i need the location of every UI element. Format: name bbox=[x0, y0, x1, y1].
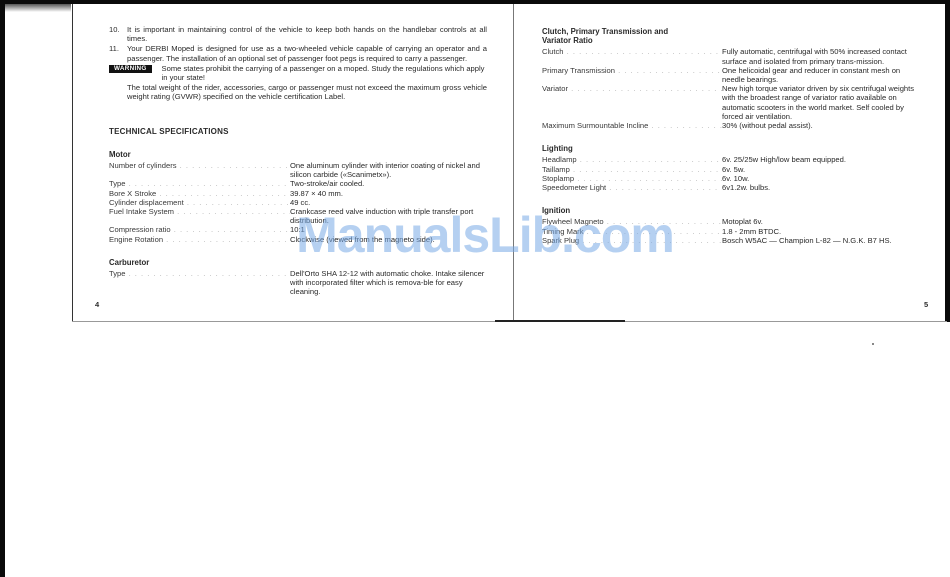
spec-label: Taillamp bbox=[542, 165, 722, 174]
spec-row: Primary TransmissionOne helicoidal gear … bbox=[542, 66, 917, 84]
page-gutter bbox=[513, 4, 514, 322]
spec-label: Primary Transmission bbox=[542, 66, 722, 84]
item-number: 10. bbox=[109, 25, 127, 43]
spec-value: 10:1 bbox=[290, 225, 487, 234]
spec-value: 30% (without pedal assist). bbox=[722, 121, 917, 130]
spec-row: Speedometer Light6v1.2w. bulbs. bbox=[542, 183, 917, 192]
scan-shadow bbox=[5, 4, 71, 12]
spec-value: One helicoidal gear and reducer in const… bbox=[722, 66, 917, 84]
spec-label: Timing Mark bbox=[542, 227, 722, 236]
warning-text: Some states prohibit the carrying of a p… bbox=[162, 64, 487, 82]
spec-row: TypeDell'Orto SHA 12-12 with automatic c… bbox=[109, 269, 487, 297]
spec-label: Type bbox=[109, 179, 290, 188]
spec-row: Engine RotationClockwise (viewed from th… bbox=[109, 235, 487, 244]
carburetor-specs: TypeDell'Orto SHA 12-12 with automatic c… bbox=[109, 269, 487, 297]
spec-row: Number of cylindersOne aluminum cylinder… bbox=[109, 161, 487, 179]
scan-speck bbox=[872, 343, 874, 345]
lighting-specs: Headlamp6v. 25/25w High/low beam equippe… bbox=[542, 155, 917, 192]
left-page: 10. It is important in maintaining contr… bbox=[109, 25, 487, 297]
spec-label: Maximum Surmountable Incline bbox=[542, 121, 722, 130]
spec-label: Speedometer Light bbox=[542, 183, 722, 192]
scan-border-top bbox=[0, 0, 950, 4]
spec-row: Maximum Surmountable Incline30% (without… bbox=[542, 121, 917, 130]
ignition-heading: Ignition bbox=[542, 206, 917, 215]
list-item: 11. Your DERBI Moped is designed for use… bbox=[109, 44, 487, 62]
clutch-heading: Clutch, Primary Transmission and Variato… bbox=[542, 27, 692, 45]
spec-label: Engine Rotation bbox=[109, 235, 290, 244]
spec-label: Clutch bbox=[542, 47, 722, 65]
scan-border-left bbox=[0, 0, 5, 577]
spec-row: Compression ratio10:1 bbox=[109, 225, 487, 234]
clutch-specs: ClutchFully automatic, centrifugal with … bbox=[542, 47, 917, 130]
spec-row: Cylinder displacement49 cc. bbox=[109, 198, 487, 207]
ignition-specs: Flywheel MagnetoMotoplat 6v. Timing Mark… bbox=[542, 217, 917, 245]
spec-label: Cylinder displacement bbox=[109, 198, 290, 207]
spec-label: Bore X Stroke bbox=[109, 189, 290, 198]
spec-value: Clockwise (viewed from the magneto side)… bbox=[290, 235, 487, 244]
spec-label: Fuel Intake System bbox=[109, 207, 290, 225]
spec-value: Bosch W5AC — Champion L-82 — N.G.K. B7 H… bbox=[722, 236, 917, 245]
item-text: It is important in maintaining control o… bbox=[127, 25, 487, 43]
item-text: Your DERBI Moped is designed for use as … bbox=[127, 44, 487, 62]
page-bottom-shadow bbox=[495, 320, 625, 322]
spec-value: 6v. 25/25w High/low beam equipped. bbox=[722, 155, 917, 164]
warning-block: WARNING Some states prohibit the carryin… bbox=[109, 64, 487, 82]
spec-row: Bore X Stroke39.87 × 40 mm. bbox=[109, 189, 487, 198]
spec-value: One aluminum cylinder with interior coat… bbox=[290, 161, 487, 179]
spec-value: Crankcase reed valve induction with trip… bbox=[290, 207, 487, 225]
weight-note: The total weight of the rider, accessori… bbox=[127, 83, 487, 101]
right-page: Clutch, Primary Transmission and Variato… bbox=[542, 27, 917, 245]
spec-label: Stoplamp bbox=[542, 174, 722, 183]
lighting-heading: Lighting bbox=[542, 144, 917, 153]
motor-heading: Motor bbox=[109, 150, 487, 159]
spec-value: 49 cc. bbox=[290, 198, 487, 207]
spec-value: 6v. 5w. bbox=[722, 165, 917, 174]
page-number-left: 4 bbox=[95, 300, 99, 309]
spec-row: Taillamp6v. 5w. bbox=[542, 165, 917, 174]
spec-value: Fully automatic, centrifugal with 50% in… bbox=[722, 47, 917, 65]
spec-value: Dell'Orto SHA 12-12 with automatic choke… bbox=[290, 269, 487, 297]
spec-row: VariatorNew high torque variator driven … bbox=[542, 84, 917, 121]
spec-row: Timing Mark1.8 - 2mm BTDC. bbox=[542, 227, 917, 236]
spec-row: ClutchFully automatic, centrifugal with … bbox=[542, 47, 917, 65]
spec-value: 1.8 - 2mm BTDC. bbox=[722, 227, 917, 236]
warning-badge: WARNING bbox=[109, 65, 152, 73]
page-number-right: 5 bbox=[924, 300, 928, 309]
spec-value: Motoplat 6v. bbox=[722, 217, 917, 226]
page-edge bbox=[72, 4, 73, 322]
item-number: 11. bbox=[109, 44, 127, 62]
carburetor-heading: Carburetor bbox=[109, 258, 487, 267]
spec-label: Flywheel Magneto bbox=[542, 217, 722, 226]
spec-label: Compression ratio bbox=[109, 225, 290, 234]
spec-label: Spark Plug bbox=[542, 236, 722, 245]
spec-label: Variator bbox=[542, 84, 722, 121]
spec-row: Headlamp6v. 25/25w High/low beam equippe… bbox=[542, 155, 917, 164]
spec-label: Number of cylinders bbox=[109, 161, 290, 179]
spec-row: Stoplamp6v. 10w. bbox=[542, 174, 917, 183]
spec-value: New high torque variator driven by six c… bbox=[722, 84, 917, 121]
spec-row: Fuel Intake SystemCrankcase reed valve i… bbox=[109, 207, 487, 225]
spec-label: Headlamp bbox=[542, 155, 722, 164]
spec-label: Type bbox=[109, 269, 290, 297]
spec-value: Two-stroke/air cooled. bbox=[290, 179, 487, 188]
spec-value: 39.87 × 40 mm. bbox=[290, 189, 487, 198]
tech-specs-heading: TECHNICAL SPECIFICATIONS bbox=[109, 127, 487, 136]
list-item: 10. It is important in maintaining contr… bbox=[109, 25, 487, 43]
spec-row: TypeTwo-stroke/air cooled. bbox=[109, 179, 487, 188]
spec-row: Spark PlugBosch W5AC — Champion L-82 — N… bbox=[542, 236, 917, 245]
motor-specs: Number of cylindersOne aluminum cylinder… bbox=[109, 161, 487, 244]
scan-border-right bbox=[945, 0, 950, 322]
spec-value: 6v. 10w. bbox=[722, 174, 917, 183]
spec-row: Flywheel MagnetoMotoplat 6v. bbox=[542, 217, 917, 226]
spec-value: 6v1.2w. bulbs. bbox=[722, 183, 917, 192]
